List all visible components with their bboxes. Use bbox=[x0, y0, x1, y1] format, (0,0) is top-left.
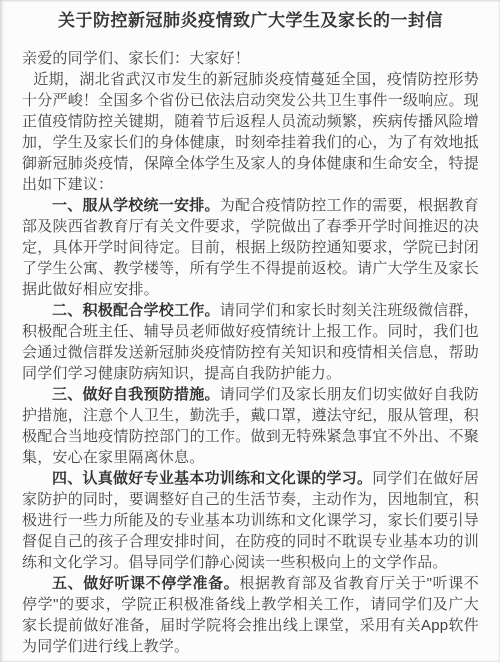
item-1-heading: 一、服从学校统一安排。 bbox=[52, 197, 220, 214]
recommendation-item-5: 五、做好听课不停学准备。根据教育部及省教育厅关于"听课不停学"的要求，学院正积极… bbox=[22, 573, 479, 657]
recommendation-item-1: 一、服从学校统一安排。为配合疫情防控工作的需要，根据教育部及陕西省教育厅有关文件… bbox=[22, 195, 479, 300]
recommendation-item-2: 二、积极配合学校工作。请同学们和家长时刻关注班级微信群，积极配合班主任、辅导员老… bbox=[22, 300, 479, 384]
letter-page: 关于防控新冠肺炎疫情致广大学生及家长的一封信 亲爱的同学们、家长们：大家好！ 近… bbox=[0, 0, 500, 662]
recommendation-item-3: 三、做好自我预防措施。请同学们及家长朋友们切实做好自我防护措施，注意个人卫生，勤… bbox=[22, 384, 479, 468]
recommendation-item-4: 四、认真做好专业基本功训练和文化课的学习。同学们在做好居家防护的同时，要调整好自… bbox=[22, 468, 479, 573]
item-5-heading: 五、做好听课不停学准备。 bbox=[52, 575, 239, 592]
greeting-line: 亲爱的同学们、家长们：大家好！ bbox=[22, 48, 479, 69]
item-2-heading: 二、积极配合学校工作。 bbox=[52, 302, 220, 319]
item-4-heading: 四、认真做好专业基本功训练和文化课的学习。 bbox=[52, 470, 372, 487]
item-3-heading: 三、做好自我预防措施。 bbox=[52, 386, 220, 403]
intro-paragraph: 近期，湖北省武汉市发生的新冠肺炎疫情蔓延全国，疫情防控形势十分严峻！全国多个省份… bbox=[22, 69, 479, 195]
document-title: 关于防控新冠肺炎疫情致广大学生及家长的一封信 bbox=[22, 10, 479, 32]
